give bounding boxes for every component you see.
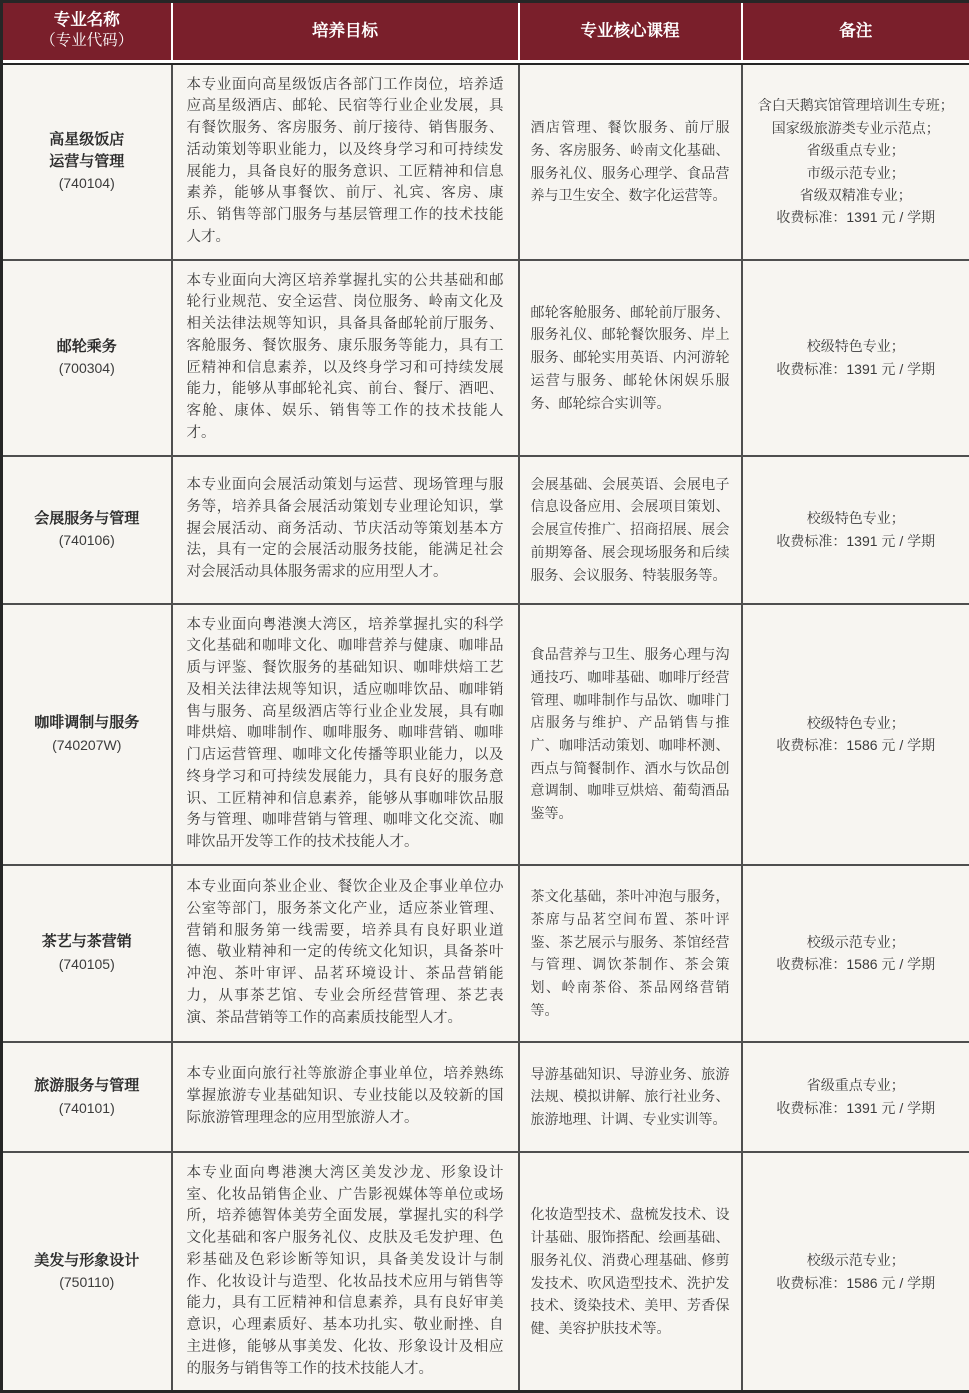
major-code: (740106) (9, 530, 165, 551)
header-major-code-line2: （专业代码） (5, 31, 169, 52)
major-code: (740105) (9, 954, 165, 975)
major-name: 邮轮乘务 (9, 336, 165, 358)
major-name: 美发与形象设计 (9, 1250, 165, 1272)
courses-cell: 邮轮客舱服务、邮轮前厅服务、服务礼仪、邮轮餐饮服务、岸上服务、邮轮实用英语、内河… (519, 260, 742, 456)
remarks-cell: 含白天鹅宾馆管理培训生专班；国家级旅游类专业示范点；省级重点专业；市级示范专业；… (742, 64, 969, 260)
objective-cell: 本专业面向粤港澳大湾区，培养掌握扎实的科学文化基础和咖啡文化、咖啡营养与健康、咖… (172, 604, 519, 865)
table-row: 旅游服务与管理 (740101) 本专业面向旅行社等旅游企事业单位，培养熟练掌握… (2, 1042, 969, 1152)
major-name: 咖啡调制与服务 (9, 712, 165, 734)
header-objective: 培养目标 (172, 2, 519, 64)
major-code: (700304) (9, 358, 165, 379)
table-row: 高星级饭店运营与管理 (740104) 本专业面向高星级饭店各部门工作岗位，培养… (2, 64, 969, 260)
major-name-cell: 茶艺与茶营销 (740105) (2, 865, 172, 1042)
header-major-name: 专业名称 （专业代码） (2, 2, 172, 64)
courses-cell: 会展基础、会展英语、会展电子信息设备应用、会展项目策划、会展宣传推广、招商招展、… (519, 456, 742, 604)
remarks-cell: 校级特色专业；收费标准：1391 元 / 学期 (742, 260, 969, 456)
objective-cell: 本专业面向茶业企业、餐饮企业及企事业单位办公室等部门，服务茶文化产业，适应茶业管… (172, 865, 519, 1042)
major-name-cell: 邮轮乘务 (700304) (2, 260, 172, 456)
remarks-cell: 校级特色专业；收费标准：1586 元 / 学期 (742, 604, 969, 865)
courses-cell: 化妆造型技术、盘梳发技术、设计基础、服饰搭配、绘画基础、服务礼仪、消费心理基础、… (519, 1152, 742, 1392)
majors-table: 专业名称 （专业代码） 培养目标 专业核心课程 备注 高星级饭店运营与管理 (7… (0, 0, 969, 1393)
courses-cell: 酒店管理、餐饮服务、前厅服务、客房服务、岭南文化基础、服务礼仪、服务心理学、食品… (519, 64, 742, 260)
objective-cell: 本专业面向高星级饭店各部门工作岗位，培养适应高星级酒店、邮轮、民宿等行业企业发展… (172, 64, 519, 260)
header-remarks: 备注 (742, 2, 969, 64)
table-row: 茶艺与茶营销 (740105) 本专业面向茶业企业、餐饮企业及企事业单位办公室等… (2, 865, 969, 1042)
courses-cell: 导游基础知识、导游业务、旅游法规、模拟讲解、旅行社业务、旅游地理、计调、专业实训… (519, 1042, 742, 1152)
objective-cell: 本专业面向旅行社等旅游企事业单位，培养熟练掌握旅游专业基础知识、专业技能以及较新… (172, 1042, 519, 1152)
major-name-cell: 旅游服务与管理 (740101) (2, 1042, 172, 1152)
objective-cell: 本专业面向粤港澳大湾区美发沙龙、形象设计室、化妆品销售企业、广告影视媒体等单位或… (172, 1152, 519, 1392)
remarks-cell: 省级重点专业；收费标准：1391 元 / 学期 (742, 1042, 969, 1152)
courses-cell: 茶文化基础，茶叶冲泡与服务，茶席与品茗空间布置、茶叶评鉴、茶艺展示与服务、茶馆经… (519, 865, 742, 1042)
major-name-cell: 咖啡调制与服务 (740207W) (2, 604, 172, 865)
remarks-cell: 校级示范专业；收费标准：1586 元 / 学期 (742, 865, 969, 1042)
remarks-cell: 校级特色专业；收费标准：1391 元 / 学期 (742, 456, 969, 604)
major-code: (740104) (9, 173, 165, 194)
major-code: (740101) (9, 1098, 165, 1119)
table-header-row: 专业名称 （专业代码） 培养目标 专业核心课程 备注 (2, 2, 969, 64)
table-row: 美发与形象设计 (750110) 本专业面向粤港澳大湾区美发沙龙、形象设计室、化… (2, 1152, 969, 1392)
objective-cell: 本专业面向会展活动策划与运营、现场管理与服务等，培养具备会展活动策划专业理论知识… (172, 456, 519, 604)
remarks-cell: 校级示范专业；收费标准：1586 元 / 学期 (742, 1152, 969, 1392)
major-code: (740207W) (9, 735, 165, 756)
table-row: 咖啡调制与服务 (740207W) 本专业面向粤港澳大湾区，培养掌握扎实的科学文… (2, 604, 969, 865)
table-row: 邮轮乘务 (700304) 本专业面向大湾区培养掌握扎实的公共基础和邮轮行业规范… (2, 260, 969, 456)
major-code: (750110) (9, 1272, 165, 1293)
courses-cell: 食品营养与卫生、服务心理与沟通技巧、咖啡基础、咖啡厅经营管理、咖啡制作与品饮、咖… (519, 604, 742, 865)
objective-cell: 本专业面向大湾区培养掌握扎实的公共基础和邮轮行业规范、安全运营、岗位服务、岭南文… (172, 260, 519, 456)
major-name: 旅游服务与管理 (9, 1075, 165, 1097)
major-name: 会展服务与管理 (9, 508, 165, 530)
major-name-cell: 高星级饭店运营与管理 (740104) (2, 64, 172, 260)
major-name-cell: 美发与形象设计 (750110) (2, 1152, 172, 1392)
major-name: 高星级饭店运营与管理 (9, 129, 165, 173)
header-core-courses: 专业核心课程 (519, 2, 742, 64)
major-name-cell: 会展服务与管理 (740106) (2, 456, 172, 604)
header-major-name-line1: 专业名称 (5, 9, 169, 31)
table-row: 会展服务与管理 (740106) 本专业面向会展活动策划与运营、现场管理与服务等… (2, 456, 969, 604)
major-name: 茶艺与茶营销 (9, 931, 165, 953)
